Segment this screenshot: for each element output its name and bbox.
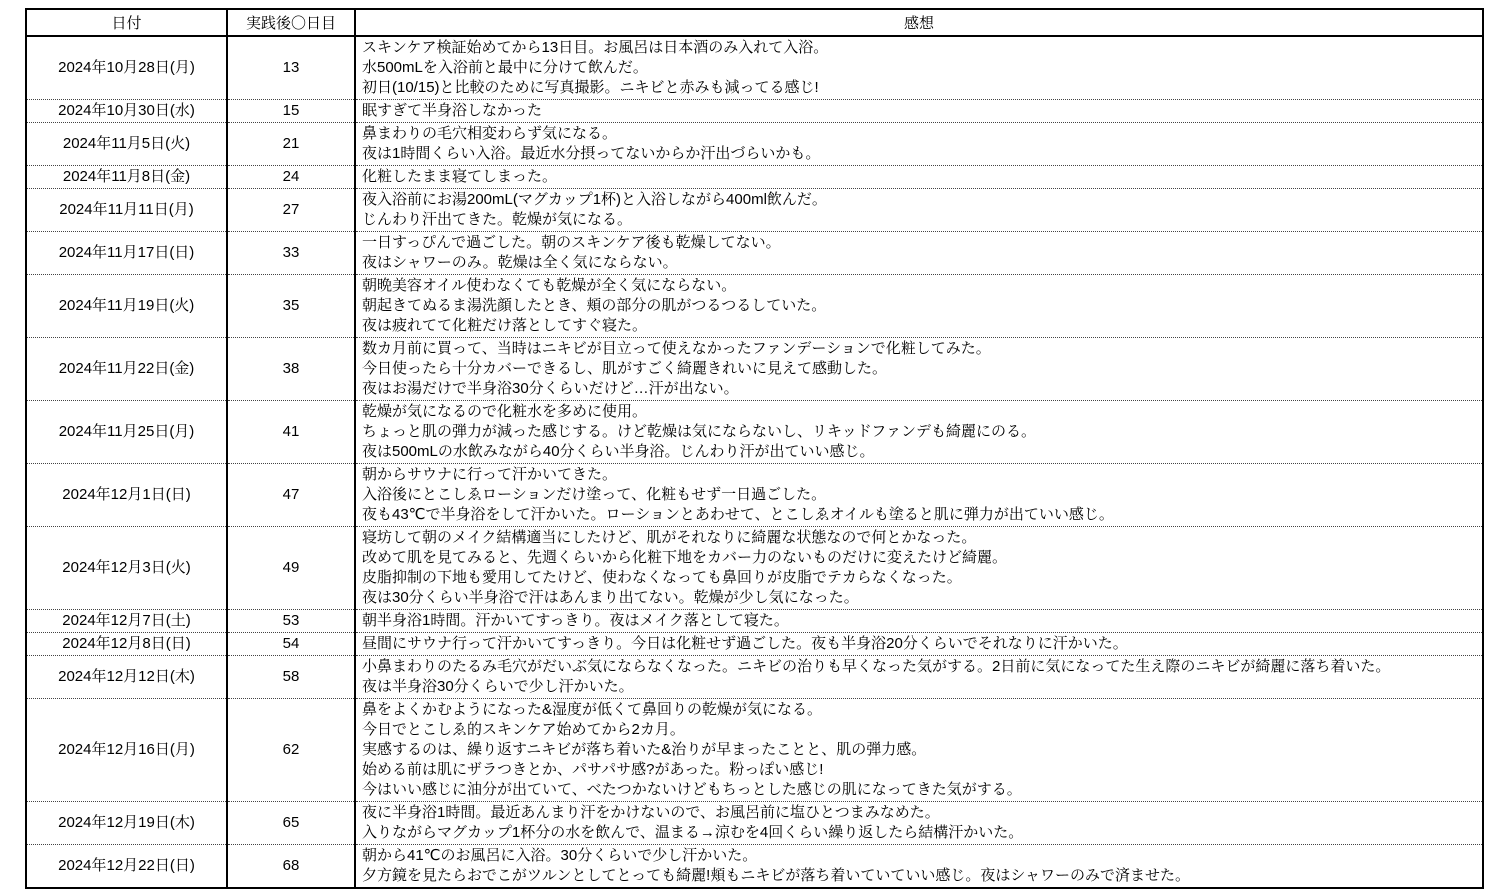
table-row: 2024年11月11日(月)27夜入浴前にお湯200mL(マグカップ1杯)と入浴…	[26, 189, 1483, 232]
day-cell: 68	[227, 845, 355, 874]
table-row: 2024年11月19日(火)35朝晩美容オイル使わなくても乾燥が全く気にならない…	[26, 275, 1483, 338]
date-cell: 2024年11月11日(月)	[26, 189, 227, 232]
day-cell: 41	[227, 401, 355, 464]
table-row: 2024年10月30日(水)15眠すぎて半身浴しなかった	[26, 100, 1483, 123]
table-row: 2024年12月19日(木)65夜に半身浴1時間。最近あんまり汗をかけないので、…	[26, 802, 1483, 845]
date-cell: 2024年11月25日(月)	[26, 401, 227, 464]
day-cell: 58	[227, 656, 355, 699]
day-cell: 27	[227, 189, 355, 232]
table-row: 2024年12月12日(木)58小鼻まわりのたるみ毛穴がだいぶ気にならなくなった…	[26, 656, 1483, 699]
day-cell: 13	[227, 36, 355, 100]
notes-cell: 眠すぎて半身浴しなかった	[355, 100, 1483, 123]
table-row: 2024年12月3日(火)49寝坊して朝のメイク結構適当にしたけど、肌がそれなり…	[26, 527, 1483, 610]
notes-cell: 鼻をよくかむようになった&湿度が低くて鼻回りの乾燥が気になる。 今日でとこしゑ的…	[355, 699, 1483, 802]
table-row: 2024年10月28日(月)13スキンケア検証始めてから13日目。お風呂は日本酒…	[26, 36, 1483, 100]
notes-cell: 夜入浴前にお湯200mL(マグカップ1杯)と入浴しながら400ml飲んだ。 じん…	[355, 189, 1483, 232]
notes-cell: スキンケア検証始めてから13日目。お風呂は日本酒のみ入れて入浴。 水500mLを…	[355, 36, 1483, 100]
table-row: 2024年11月5日(火)21鼻まわりの毛穴相変わらず気になる。 夜は1時間くら…	[26, 123, 1483, 166]
column-header-notes: 感想	[355, 9, 1483, 36]
column-header-day: 実践後〇日目	[227, 9, 355, 36]
notes-cell: 化粧したまま寝てしまった。	[355, 166, 1483, 189]
date-cell: 2024年12月7日(土)	[26, 610, 227, 633]
date-cell: 2024年11月19日(火)	[26, 275, 227, 338]
notes-cell: 朝から41℃のお風呂に入浴。30分くらいで少し汗かいた。 夕方鏡を見たらおでこが…	[355, 845, 1483, 874]
table-row: 2024年12月16日(月)62鼻をよくかむようになった&湿度が低くて鼻回りの乾…	[26, 699, 1483, 802]
table-row: 2024年11月25日(月)41乾燥が気になるので化粧水を多めに使用。 ちょっと…	[26, 401, 1483, 464]
day-cell: 53	[227, 610, 355, 633]
header-row: 日付 実践後〇日目 感想	[26, 9, 1483, 36]
notes-cell: 一日すっぴんで過ごした。朝のスキンケア後も乾燥してない。 夜はシャワーのみ。乾燥…	[355, 232, 1483, 275]
notes-cell: 朝晩美容オイル使わなくても乾燥が全く気にならない。 朝起きてぬるま湯洗顔したとき…	[355, 275, 1483, 338]
table-row: 2024年12月8日(日)54昼間にサウナ行って汗かいてすっきり。今日は化粧せず…	[26, 633, 1483, 656]
column-header-date: 日付	[26, 9, 227, 36]
skincare-diary-document: 日付 実践後〇日目 感想 2024年10月28日(月)13スキンケア検証始めてか…	[25, 8, 1484, 873]
date-cell: 2024年12月19日(木)	[26, 802, 227, 845]
day-cell: 47	[227, 464, 355, 527]
day-cell: 65	[227, 802, 355, 845]
date-cell: 2024年12月8日(日)	[26, 633, 227, 656]
day-cell: 15	[227, 100, 355, 123]
notes-cell: 小鼻まわりのたるみ毛穴がだいぶ気にならなくなった。ニキビの治りも早くなった気がす…	[355, 656, 1483, 699]
day-cell: 38	[227, 338, 355, 401]
day-cell: 21	[227, 123, 355, 166]
table-row: 2024年12月22日(日)68朝から41℃のお風呂に入浴。30分くらいで少し汗…	[26, 845, 1483, 874]
notes-cell: 乾燥が気になるので化粧水を多めに使用。 ちょっと肌の弾力が減った感じする。けど乾…	[355, 401, 1483, 464]
table-row: 2024年11月8日(金)24化粧したまま寝てしまった。	[26, 166, 1483, 189]
date-cell: 2024年10月28日(月)	[26, 36, 227, 100]
table-row: 2024年11月17日(日)33一日すっぴんで過ごした。朝のスキンケア後も乾燥し…	[26, 232, 1483, 275]
date-cell: 2024年12月1日(日)	[26, 464, 227, 527]
table-row: 2024年11月22日(金)38数カ月前に買って、当時はニキビが目立って使えなか…	[26, 338, 1483, 401]
date-cell: 2024年11月8日(金)	[26, 166, 227, 189]
date-cell: 2024年12月3日(火)	[26, 527, 227, 610]
diary-table: 日付 実践後〇日目 感想 2024年10月28日(月)13スキンケア検証始めてか…	[25, 8, 1484, 873]
table-row: 2024年12月7日(土)53朝半身浴1時間。汗かいてすっきり。夜はメイク落とし…	[26, 610, 1483, 633]
day-cell: 33	[227, 232, 355, 275]
table-row: 2024年12月1日(日)47朝からサウナに行って汗かいてきた。 入浴後にとこし…	[26, 464, 1483, 527]
notes-cell: 寝坊して朝のメイク結構適当にしたけど、肌がそれなりに綺麗な状態なので何とかなった…	[355, 527, 1483, 610]
notes-cell: 朝半身浴1時間。汗かいてすっきり。夜はメイク落として寝た。	[355, 610, 1483, 633]
date-cell: 2024年12月12日(木)	[26, 656, 227, 699]
day-cell: 24	[227, 166, 355, 189]
notes-cell: 昼間にサウナ行って汗かいてすっきり。今日は化粧せず過ごした。夜も半身浴20分くら…	[355, 633, 1483, 656]
date-cell: 2024年11月22日(金)	[26, 338, 227, 401]
date-cell: 2024年12月22日(日)	[26, 845, 227, 874]
table-body: 2024年10月28日(月)13スキンケア検証始めてから13日目。お風呂は日本酒…	[26, 36, 1483, 873]
table-header: 日付 実践後〇日目 感想	[26, 9, 1483, 36]
day-cell: 49	[227, 527, 355, 610]
date-cell: 2024年11月17日(日)	[26, 232, 227, 275]
day-cell: 54	[227, 633, 355, 656]
date-cell: 2024年11月5日(火)	[26, 123, 227, 166]
day-cell: 62	[227, 699, 355, 802]
day-cell: 35	[227, 275, 355, 338]
notes-cell: 数カ月前に買って、当時はニキビが目立って使えなかったファンデーションで化粧してみ…	[355, 338, 1483, 401]
date-cell: 2024年12月16日(月)	[26, 699, 227, 802]
notes-cell: 朝からサウナに行って汗かいてきた。 入浴後にとこしゑローションだけ塗って、化粧も…	[355, 464, 1483, 527]
notes-cell: 夜に半身浴1時間。最近あんまり汗をかけないので、お風呂前に塩ひとつまみなめた。 …	[355, 802, 1483, 845]
date-cell: 2024年10月30日(水)	[26, 100, 227, 123]
notes-cell: 鼻まわりの毛穴相変わらず気になる。 夜は1時間くらい入浴。最近水分摂ってないから…	[355, 123, 1483, 166]
